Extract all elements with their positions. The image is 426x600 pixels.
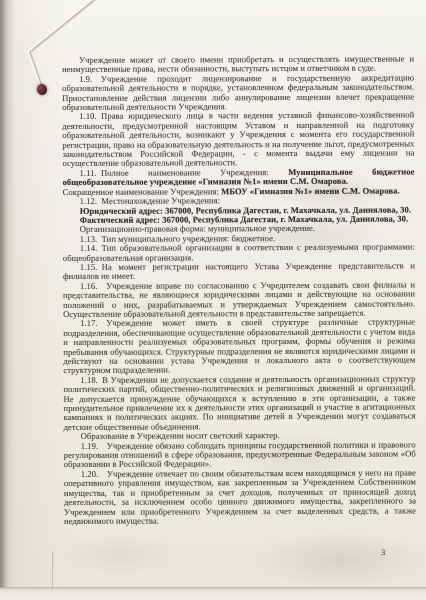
paragraph: 1.19. Учреждение обязано соблюдать принц… xyxy=(64,440,416,470)
scan-background: Учреждение может от своего имени приобре… xyxy=(0,0,426,600)
text-run: 1.20. Учреждение отвечает по своим обяза… xyxy=(64,467,416,526)
paragraph: 1.17. Учреждение может иметь в своей стр… xyxy=(63,318,415,376)
document-page: Учреждение может от своего имени приобре… xyxy=(0,0,426,600)
scan-left-edge xyxy=(0,0,15,600)
binding-seal xyxy=(36,83,48,96)
text-run: 1.17. Учреждение может иметь в своей стр… xyxy=(63,317,415,376)
paragraph: 1.9. Учреждение проходит лицензирование … xyxy=(62,73,414,112)
text-run: 1.18. В Учреждении не допускается создан… xyxy=(63,373,415,432)
paragraph: 1.20. Учреждение отвечает по своим обяза… xyxy=(64,468,416,526)
text-run: Учреждение может от своего имени приобре… xyxy=(62,53,414,74)
text-run: 1.16. Учреждение вправе по согласованию … xyxy=(63,279,415,319)
paragraph: 1.16. Учреждение вправе по согласованию … xyxy=(63,280,415,319)
text-run: 1.10. Права юридического лица в части ве… xyxy=(62,110,414,169)
text-run: 1.14. Тип образовательной организации в … xyxy=(63,242,415,263)
underlying-page-edge xyxy=(52,552,53,588)
text-run-bold: МБОУ «Гимназия №1» имени С.М. Омарова. xyxy=(221,185,400,196)
text-run: 1.19. Учреждение обязано соблюдать принц… xyxy=(64,439,416,469)
document-text: Учреждение может от своего имени приобре… xyxy=(62,54,416,526)
page-number: 3 xyxy=(381,547,385,557)
text-run: 1.15. На момент регистрации настоящего У… xyxy=(63,260,415,281)
paragraph: 1.10. Права юридического лица в части ве… xyxy=(62,111,414,169)
paragraph: 1.18. В Учреждении не допускается создан… xyxy=(63,374,415,432)
scan-bottom-edge xyxy=(0,587,426,600)
text-run: 1.9. Учреждение проходит лицензирование … xyxy=(62,72,414,112)
